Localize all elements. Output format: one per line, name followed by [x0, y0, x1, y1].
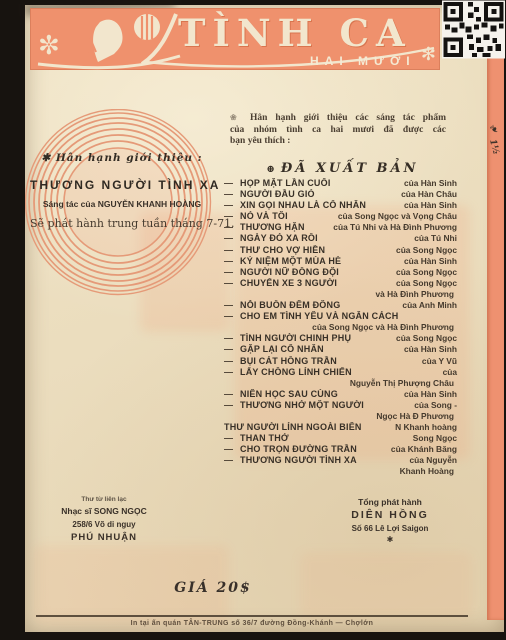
song-author: của Song Ngọc: [390, 278, 457, 289]
song-author: của Hàn Sinh: [398, 389, 457, 400]
song-author-continued: của Song Ngọc và Hà Đình Phương: [224, 322, 457, 333]
song-author: N Khanh hoàng: [389, 422, 457, 433]
contact-line: 258/6 Võ di nguy: [48, 520, 160, 529]
intro-line: ❀ Hân hạnh giới thiệu các sáng tác phẩm: [230, 112, 446, 125]
song-author: của Hàn Sinh: [398, 178, 457, 189]
catalog-intro: ❀ Hân hạnh giới thiệu các sáng tác phẩm …: [230, 112, 446, 148]
song-row: THƯ NGƯỜI LÍNH NGOÀI BIÊN N Khanh hoàng: [224, 422, 457, 433]
song-row: — XIN GỌI NHAU LÀ CỐ NHÂN của Hàn Sinh: [224, 200, 457, 211]
dash-bullet: —: [224, 256, 240, 267]
song-title: THƯƠNG HẬN: [240, 222, 327, 233]
dash-bullet: —: [224, 400, 240, 411]
contact-line: PHÚ NHUẬN: [48, 532, 160, 543]
banner-star-left-icon: ✼: [38, 30, 60, 61]
song-row: — THƯƠNG NHỚ MỘT NGƯỜI của Song -: [224, 400, 457, 411]
song-row: — THƯƠNG HẬN của Tú Nhi và Hà Đình Phươn…: [224, 222, 457, 233]
song-row: — THAN THỞ Song Ngọc: [224, 433, 457, 444]
scanned-page: ✼ TÌNH CA HAI MƯƠI ✻ ❧ 1½ ✱: [0, 0, 506, 640]
song-title: NGƯỜI NỮ ĐỒNG ĐỘI: [240, 267, 390, 278]
song-author: của Song Ngọc: [390, 333, 457, 344]
song-author-continued: Nguyễn Thị Phượng Châu: [224, 378, 457, 389]
song-row: — HỌP MẶT LẦN CUỐI của Hàn Sinh: [224, 178, 457, 189]
dash-bullet: —: [224, 300, 240, 311]
song-row: — NÓ VÀ TÔI của Song Ngọc và Vọng Châu: [224, 211, 457, 222]
distributor-name: DIÊN HỒNG: [326, 509, 454, 521]
dash-bullet: —: [224, 433, 240, 444]
dash-bullet: —: [224, 278, 240, 289]
song-author: của Hàn Châu: [395, 189, 457, 200]
promo-release-date: Sẽ phát hành trung tuần tháng 7-71.: [30, 217, 214, 230]
song-row: — NGÀY ĐÓ XA RỒI của Tú Nhi: [224, 233, 457, 244]
promo-credit: Sáng tác của NGUYỄN KHANH HOÀNG: [30, 199, 214, 209]
song-author-continued: Ngọc Hà Đ Phương: [224, 411, 457, 422]
dash-bullet: —: [224, 200, 240, 211]
dash-bullet: —: [224, 245, 240, 256]
promo-song-title: THƯƠNG NGƯỜI TÌNH XA: [30, 178, 214, 192]
song-title: NÓ VÀ TÔI: [240, 211, 332, 222]
song-row: — NỖI BUỒN ĐÊM ĐÔNG của Anh Minh: [224, 300, 457, 311]
song-author: của Khánh Băng: [385, 444, 457, 455]
price-label: GIÁ 20$: [150, 580, 276, 596]
song-title: LẤY CHỒNG LÍNH CHIẾN: [240, 367, 437, 378]
song-author: của Anh Minh: [396, 300, 457, 311]
song-author: của Nguyễn: [404, 455, 457, 466]
song-row: — THƯ CHO VỢ HIỀN của Song Ngọc: [224, 245, 457, 256]
song-title: THƯ CHO VỢ HIỀN: [240, 245, 390, 256]
song-title: CHO TRỌN ĐƯỜNG TRẦN: [240, 444, 385, 455]
dash-bullet: —: [224, 444, 240, 455]
song-row: — NIÊN HỌC SAU CÙNG của Hàn Sinh: [224, 389, 457, 400]
qr-code: [442, 0, 505, 59]
song-row: — THƯƠNG NGƯỜI TÌNH XA của Nguyễn: [224, 455, 457, 466]
song-author: của Hàn Sinh: [398, 200, 457, 211]
song-row: — LẤY CHỒNG LÍNH CHIẾN của: [224, 367, 457, 378]
face-silhouette-icon: [93, 20, 122, 62]
song-author: của Song Ngọc: [390, 267, 457, 278]
song-row: — NGƯỜI NỮ ĐỒNG ĐỘI của Song Ngọc: [224, 267, 457, 278]
dash-bullet: —: [224, 333, 240, 344]
song-author: của Song -: [408, 400, 457, 411]
song-author: của Hàn Sinh: [398, 256, 457, 267]
song-title: NGƯỜI ĐẦU GIÓ: [240, 189, 395, 200]
masthead-subtitle: HAI MƯƠI: [310, 54, 416, 68]
contact-block: Thư từ liên lạc Nhạc sĩ SONG NGỌC 258/6 …: [48, 496, 160, 543]
song-row: — NGƯỜI ĐẦU GIÓ của Hàn Châu: [224, 189, 457, 200]
song-row: — CHO EM TÌNH YÊU VÀ NGĂN CÁCH: [224, 311, 457, 322]
bottom-rule: [36, 615, 468, 617]
dash-bullet: —: [224, 233, 240, 244]
promo-block: ✱ Hân hạnh giới thiệu : THƯƠNG NGƯỜI TÌN…: [30, 152, 214, 230]
song-author-continued: Khanh Hoàng: [224, 466, 457, 477]
song-row: — KỶ NIỆM MỘT MÙA HÈ của Hàn Sinh: [224, 256, 457, 267]
dash-bullet: —: [224, 267, 240, 278]
song-row: — BỤI CÁT HỒNG TRẦN của Y Vũ: [224, 356, 457, 367]
song-author: của Tú Nhi: [408, 233, 457, 244]
intro-line: bạn yêu thích :: [230, 136, 446, 148]
banner-star-right-icon: ✻: [421, 44, 436, 65]
song-title: THƯƠNG NHỚ MỘT NGƯỜI: [240, 400, 408, 411]
song-title: GẶP LẠI CỐ NHÂN: [240, 344, 398, 355]
song-author: của Y Vũ: [416, 356, 457, 367]
song-row: — CHO TRỌN ĐƯỜNG TRẦN của Khánh Băng: [224, 444, 457, 455]
dash-bullet: —: [224, 178, 240, 189]
masthead-title: TÌNH CA: [178, 11, 412, 55]
song-row: — CHUYẾN XE 3 NGƯỜI của Song Ngọc: [224, 278, 457, 289]
dash-bullet: —: [224, 356, 240, 367]
flower-ornament-icon: ❀: [230, 113, 242, 122]
distributor-address: Số 66 Lê Lợi Saigon: [326, 524, 454, 533]
song-title: THƯƠNG NGƯỜI TÌNH XA: [240, 455, 404, 466]
cover-edge-strip: [487, 28, 504, 620]
paper-tint-patch: [300, 552, 472, 618]
promo-star-icon: ✱: [41, 152, 51, 164]
song-title: KỶ NIỆM MỘT MÙA HÈ: [240, 256, 398, 267]
song-author: của Tú Nhi và Hà Đình Phương: [327, 222, 457, 233]
song-title: CHO EM TÌNH YÊU VÀ NGĂN CÁCH: [240, 311, 451, 322]
dash-bullet: —: [224, 455, 240, 466]
song-list: — HỌP MẶT LẦN CUỐI của Hàn Sinh — NGƯỜI …: [224, 178, 457, 478]
song-title: NIÊN HỌC SAU CÙNG: [240, 389, 398, 400]
song-author: của Hàn Sinh: [398, 344, 457, 355]
song-author: của Song Ngọc và Vọng Châu: [332, 211, 457, 222]
contact-line: Nhạc sĩ SONG NGỌC: [48, 506, 160, 516]
song-title: NỖI BUỒN ĐÊM ĐÔNG: [240, 300, 396, 311]
distributor-mark-icon: ✱: [326, 535, 454, 544]
song-title: THAN THỞ: [240, 433, 407, 444]
masthead-banner: ✼ TÌNH CA HAI MƯƠI ✻: [30, 8, 440, 70]
catalog-header-text: ĐÃ XUẤT BẢN: [281, 161, 419, 176]
song-title: XIN GỌI NHAU LÀ CỐ NHÂN: [240, 200, 398, 211]
song-title: BỤI CÁT HỒNG TRẦN: [240, 356, 416, 367]
song-row: — GẶP LẠI CỐ NHÂN của Hàn Sinh: [224, 344, 457, 355]
song-author: của: [437, 367, 457, 378]
song-title: HỌP MẶT LẦN CUỐI: [240, 178, 398, 189]
song-row: — TÌNH NGƯỜI CHINH PHỤ của Song Ngọc: [224, 333, 457, 344]
song-title: NGÀY ĐÓ XA RỒI: [240, 233, 408, 244]
dash-bullet: —: [224, 367, 240, 378]
intro-line-text: Hân hạnh giới thiệu các sáng tác phẩm: [250, 113, 446, 123]
distributor-line: Tổng phát hành: [326, 497, 454, 507]
intro-line: của nhóm tình ca hai mươi đã được các: [230, 125, 446, 137]
contact-line: Thư từ liên lạc: [48, 496, 160, 503]
printer-imprint: In tại ấn quán TÂN-TRUNG số 36/7 đường Đ…: [36, 620, 468, 627]
distributor-block: Tổng phát hành DIÊN HỒNG Số 66 Lê Lợi Sa…: [326, 497, 454, 544]
dash-bullet: —: [224, 389, 240, 400]
dash-bullet: —: [224, 344, 240, 355]
song-title: TÌNH NGƯỜI CHINH PHỤ: [240, 333, 390, 344]
dash-bullet: —: [224, 211, 240, 222]
song-author: Song Ngọc: [407, 433, 457, 444]
promo-lead-text: Hân hạnh giới thiệu :: [56, 152, 203, 164]
catalog-header: ⊕ĐÃ XUẤT BẢN: [230, 161, 455, 176]
dash-bullet: —: [224, 222, 240, 233]
dash-bullet: —: [224, 311, 240, 322]
dash-bullet: —: [224, 189, 240, 200]
song-author: của Song Ngọc: [390, 245, 457, 256]
song-title: THƯ NGƯỜI LÍNH NGOÀI BIÊN: [224, 422, 389, 433]
promo-lead: ✱ Hân hạnh giới thiệu :: [30, 152, 214, 164]
song-title: CHUYẾN XE 3 NGƯỜI: [240, 278, 390, 289]
song-author-continued: và Hà Đình Phương: [224, 289, 457, 300]
circle-cross-ornament-icon: ⊕: [266, 164, 274, 175]
